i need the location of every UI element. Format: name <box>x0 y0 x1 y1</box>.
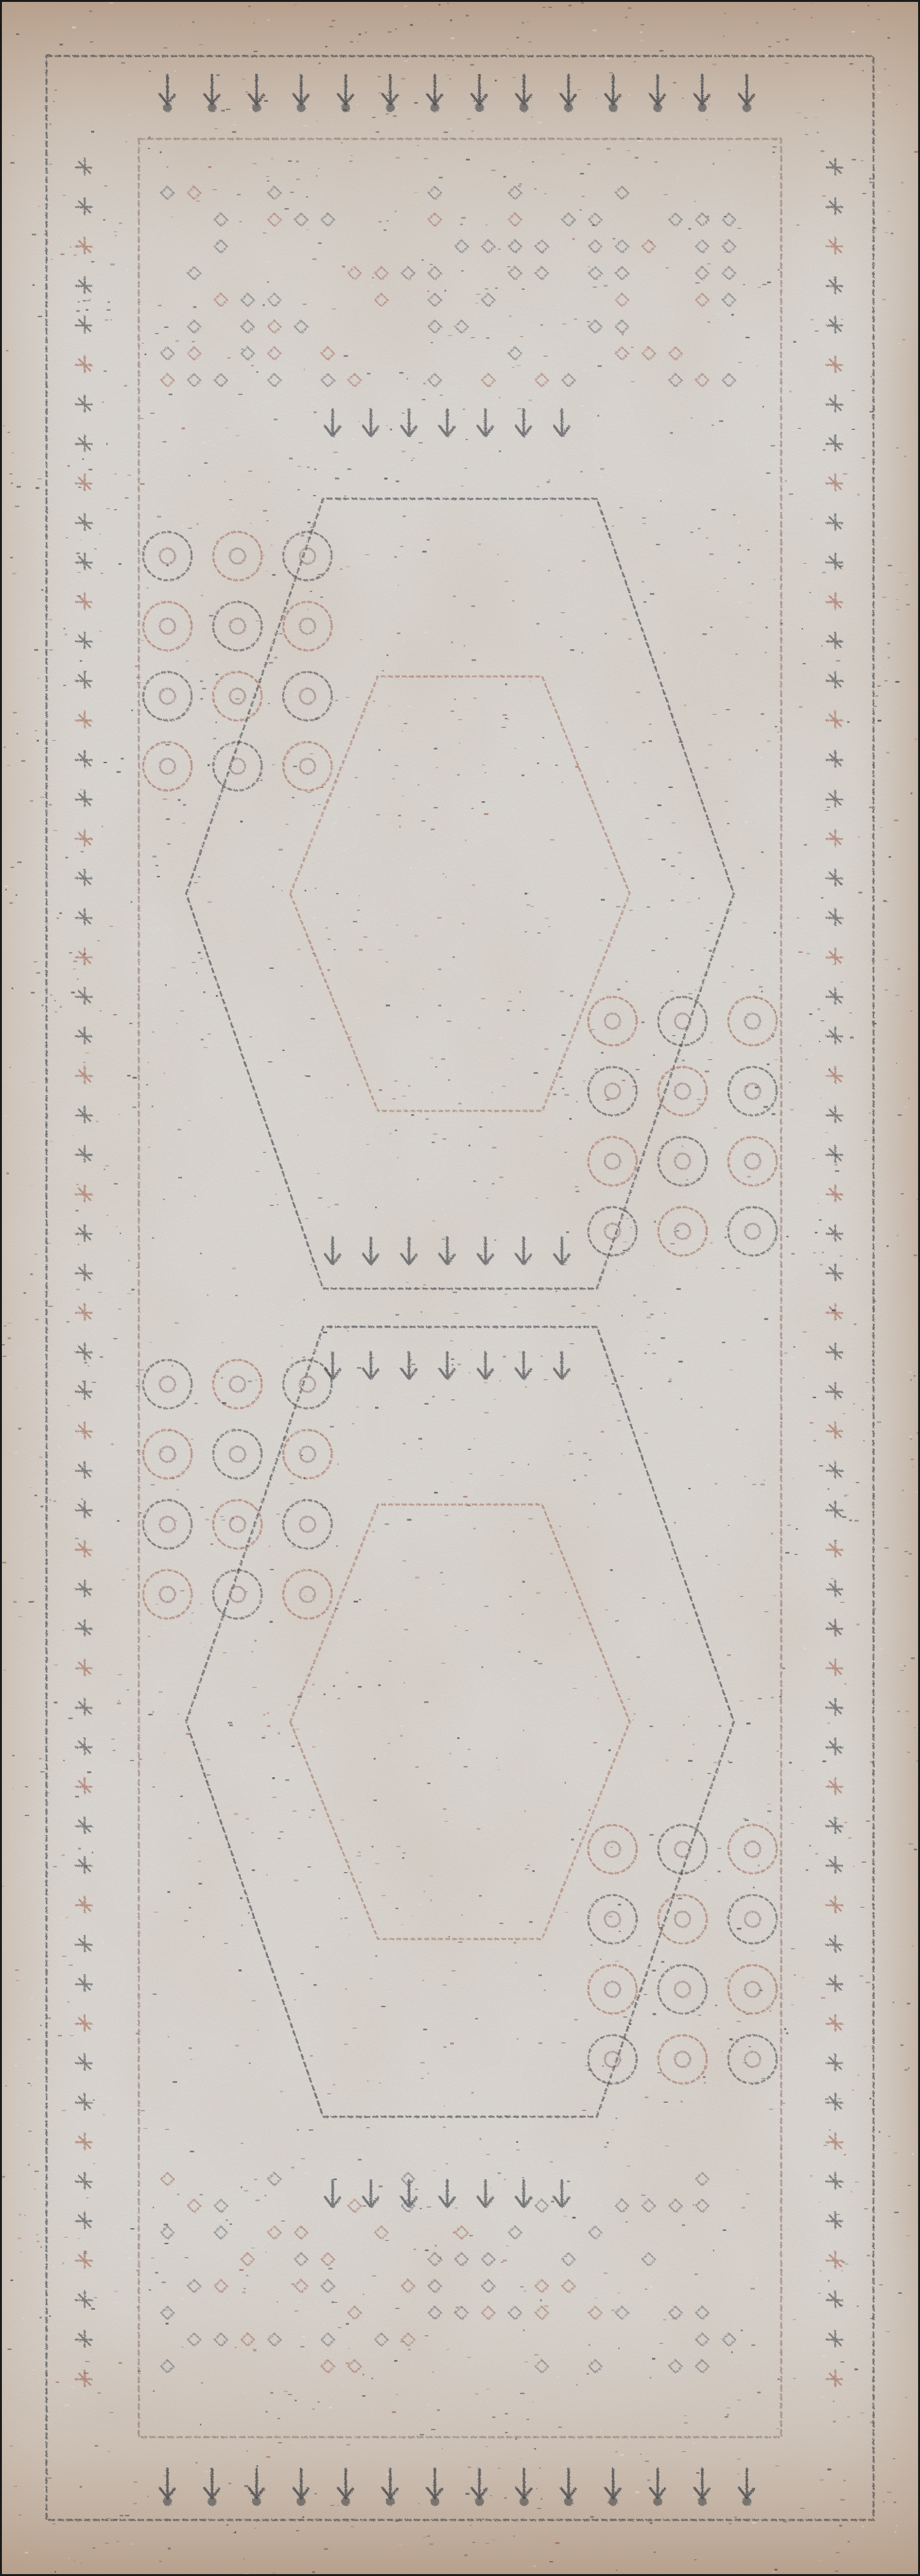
rug-image <box>2 2 918 2574</box>
rug-artwork <box>2 2 918 2574</box>
